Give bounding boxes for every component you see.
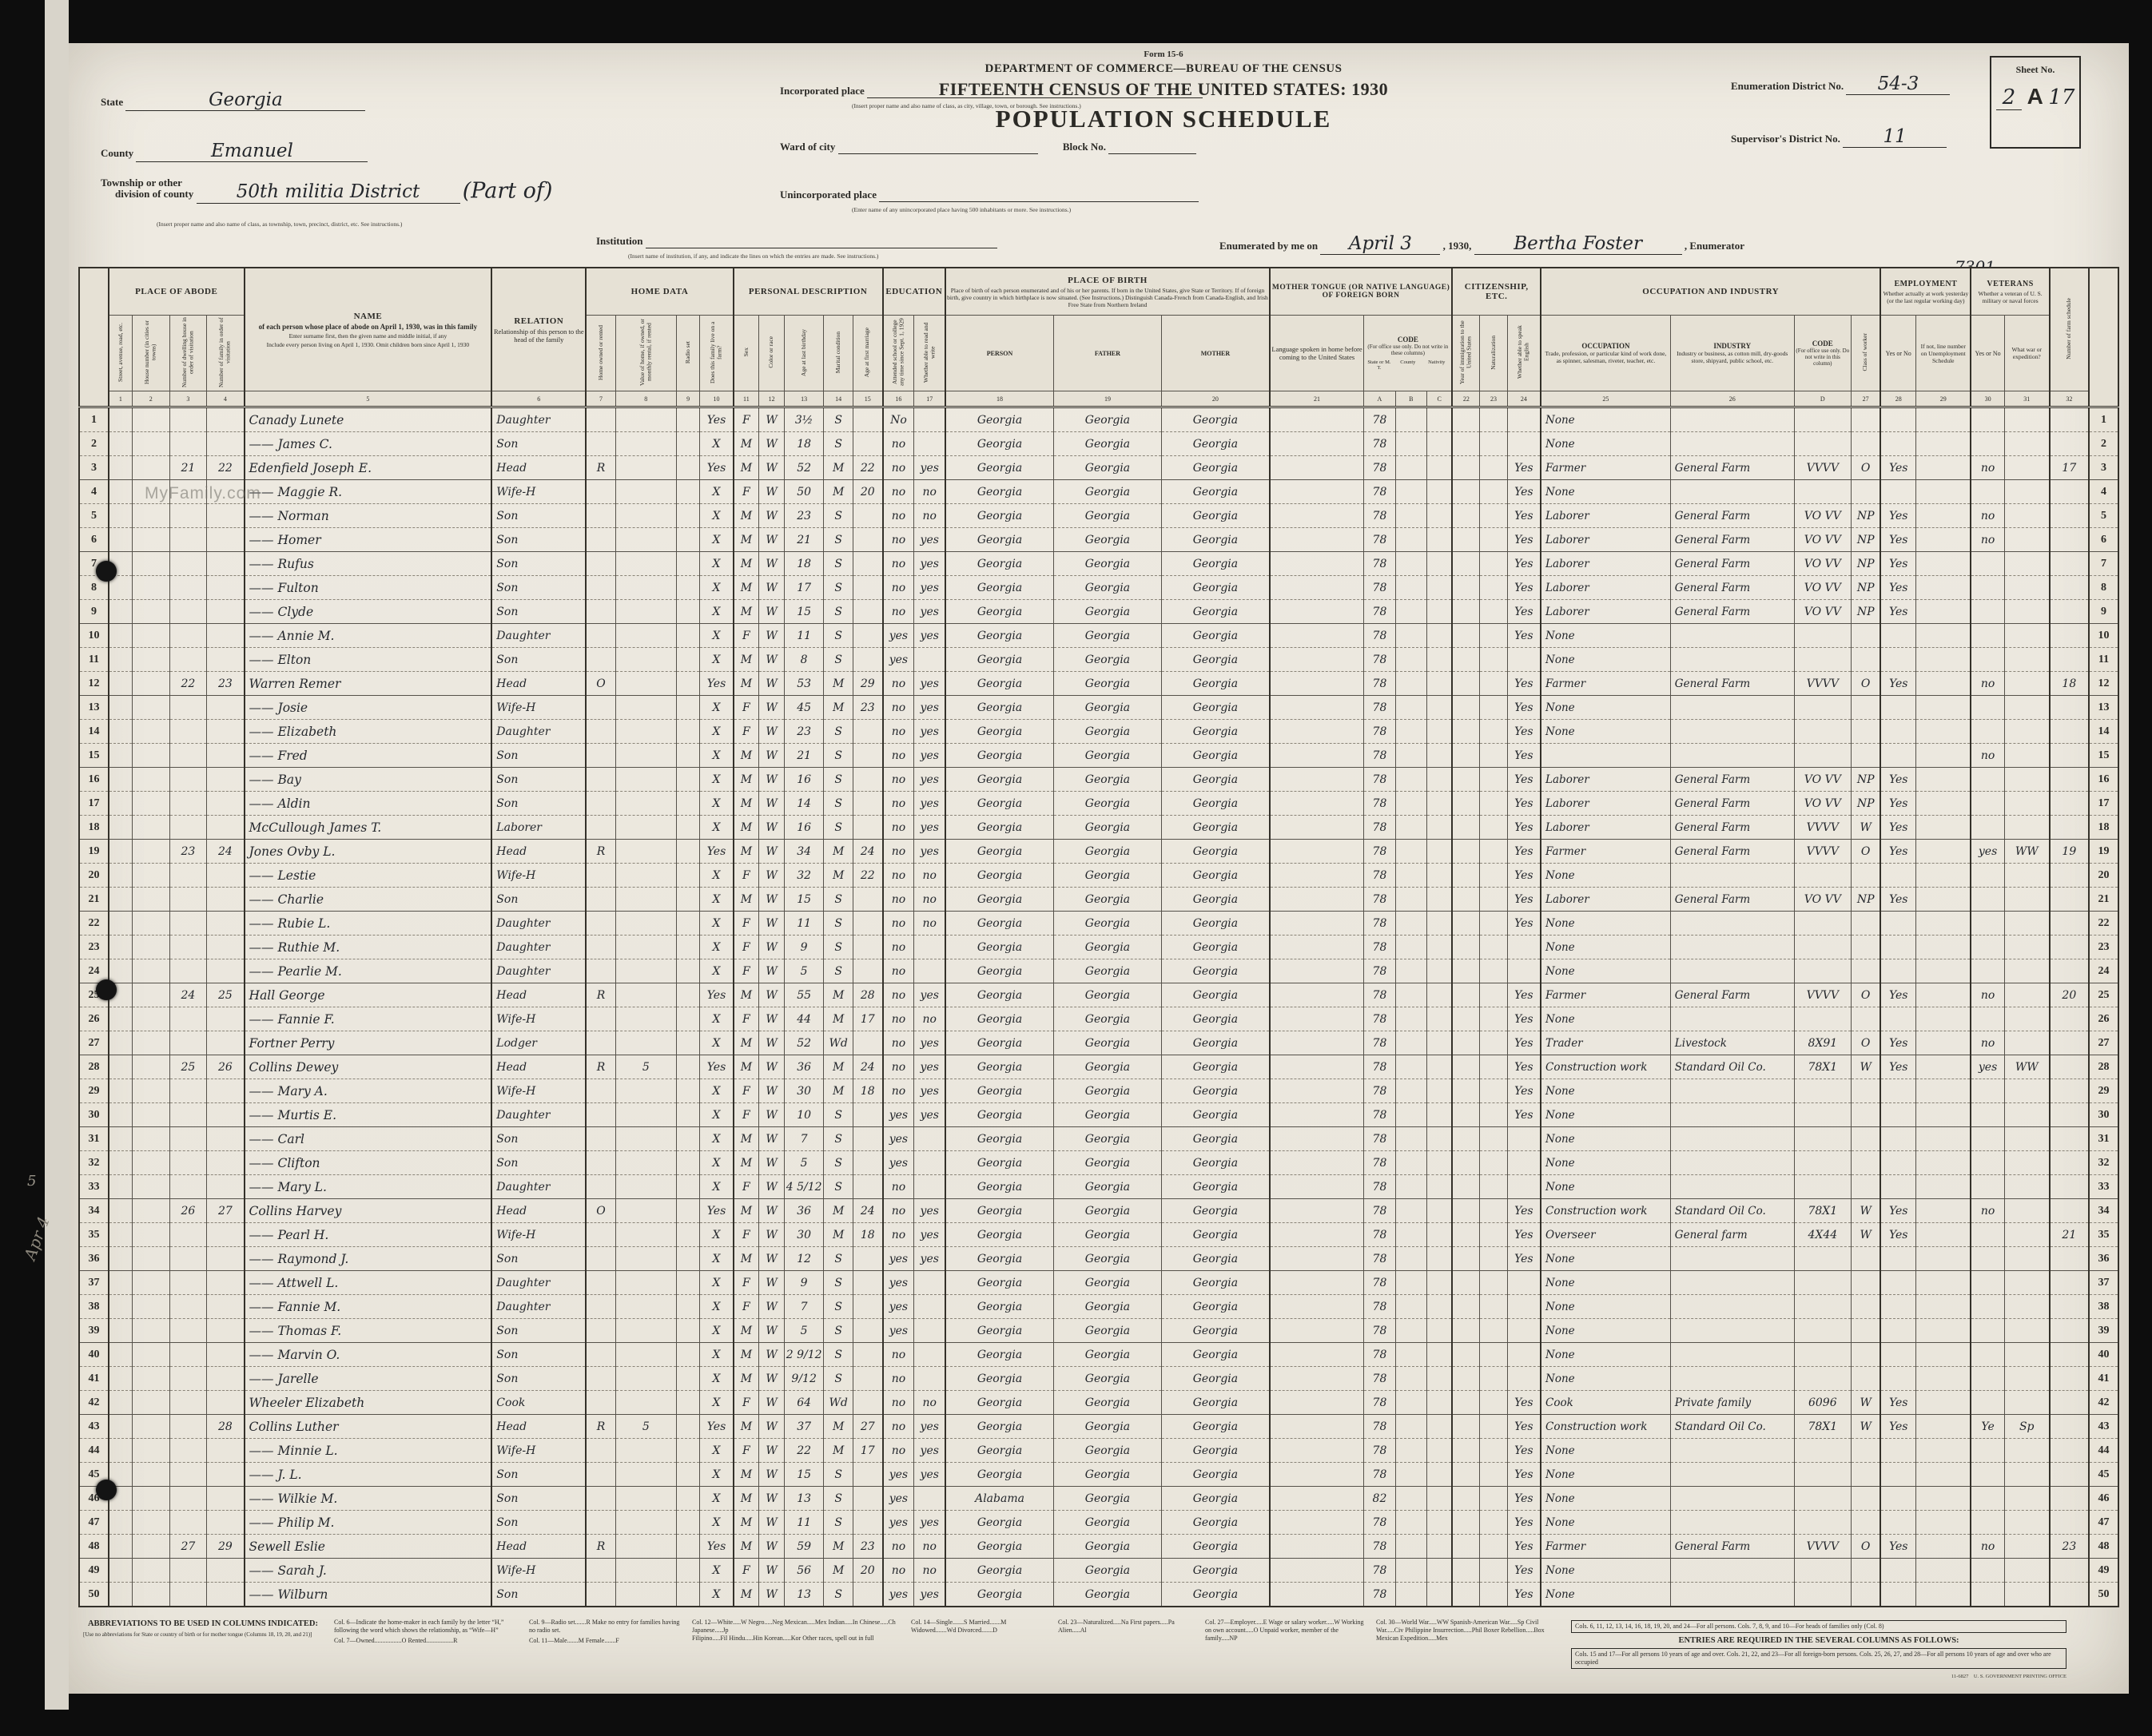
cell-yim <box>1452 1559 1479 1583</box>
cell-name: —— Attwell L. <box>245 1271 492 1295</box>
cell-farm: X <box>700 624 734 648</box>
cell-emp <box>1880 1367 1915 1391</box>
cell-bp: Georgia <box>945 528 1053 552</box>
cell-yim <box>1452 504 1479 528</box>
cell-sex: M <box>734 1535 759 1559</box>
cell-age: 16 <box>785 768 824 792</box>
cell-bf: Georgia <box>1053 1271 1161 1295</box>
cell-race: W <box>759 576 785 600</box>
table-row: 49—— Sarah J.Wife-HXFW56M20nonoGeorgiaGe… <box>79 1559 2118 1583</box>
footer-col23: Col. 23—Naturalized.....Na First papers.… <box>1058 1619 1194 1680</box>
cell-rw: yes <box>914 768 945 792</box>
cell-own: R <box>586 983 615 1007</box>
cell-nat <box>1480 696 1507 720</box>
cell-f <box>207 1511 245 1535</box>
cell-cb <box>1395 407 1426 432</box>
cell-am: 24 <box>853 1055 883 1079</box>
group-citizenship: CITIZENSHIP, ETC. <box>1452 268 1541 316</box>
cell-unemp <box>1916 1199 1971 1223</box>
cell-vet: yes <box>1971 840 2004 864</box>
cell-occ: None <box>1541 1439 1670 1463</box>
line-number: 2 <box>79 432 109 456</box>
cell-sex: F <box>734 1079 759 1103</box>
cell-yim <box>1452 1247 1479 1271</box>
cell-unemp <box>1916 720 1971 744</box>
cell-bp: Georgia <box>945 959 1053 983</box>
cell-eng: Yes <box>1507 600 1541 624</box>
cell-lang <box>1270 840 1364 864</box>
line-number: 15 <box>2089 744 2118 768</box>
cell-cc <box>1426 1535 1452 1559</box>
group-place-of-birth: PLACE OF BIRTH Place of birth of each pe… <box>945 268 1270 316</box>
line-number: 43 <box>79 1415 109 1439</box>
cell-hn <box>132 1295 169 1319</box>
column-number: 5 <box>245 391 492 407</box>
cell-race: W <box>759 1127 785 1151</box>
cell-sch: no <box>883 480 914 504</box>
table-row: 24—— Pearlie M.DaughterXFW5SnoGeorgiaGeo… <box>79 959 2118 983</box>
cell-lang <box>1270 912 1364 936</box>
cell-ca: 78 <box>1364 1319 1395 1343</box>
cell-vet: no <box>1971 983 2004 1007</box>
cell-eng: Yes <box>1507 1559 1541 1583</box>
cell-hn <box>132 912 169 936</box>
cell-am <box>853 1343 883 1367</box>
cell-cd: VVVV <box>1794 983 1851 1007</box>
cell-val <box>615 1247 676 1271</box>
cell-ca: 78 <box>1364 600 1395 624</box>
footer-col9-11: Col. 9—Radio set.......R Make no entry f… <box>529 1619 681 1680</box>
cell-sch: no <box>883 792 914 816</box>
cell-cc <box>1426 1559 1452 1583</box>
cell-war <box>2004 1535 2050 1559</box>
cell-bm: Georgia <box>1162 624 1270 648</box>
col-home-owned: Home owned or rented <box>586 316 615 391</box>
cell-occ: Farmer <box>1541 456 1670 480</box>
cell-vet <box>1971 912 2004 936</box>
cell-f: 23 <box>207 672 245 696</box>
cell-d <box>169 744 207 768</box>
cell-eng <box>1507 1271 1541 1295</box>
cell-bm: Georgia <box>1162 407 1270 432</box>
cell-hn <box>132 696 169 720</box>
cell-war <box>2004 888 2050 912</box>
cell-bp: Georgia <box>945 1127 1053 1151</box>
cell-bf: Georgia <box>1053 672 1161 696</box>
footer-col14: Col. 14—Single.......S Married.......M W… <box>911 1619 1047 1680</box>
cell-farm: X <box>700 864 734 888</box>
cell-race: W <box>759 888 785 912</box>
cell-yim <box>1452 1343 1479 1367</box>
cell-yim <box>1452 1127 1479 1151</box>
line-number: 50 <box>79 1583 109 1607</box>
cell-rw <box>914 648 945 672</box>
cell-age: 17 <box>785 576 824 600</box>
column-number: 10 <box>700 391 734 407</box>
cell-own <box>586 1583 615 1607</box>
cell-fs <box>2050 1295 2089 1319</box>
cell-age: 12 <box>785 1247 824 1271</box>
cell-fs <box>2050 744 2089 768</box>
column-number: 2 <box>132 391 169 407</box>
cell-sex: F <box>734 1439 759 1463</box>
cell-hn <box>132 1247 169 1271</box>
cell-unemp <box>1916 648 1971 672</box>
cell-val <box>615 576 676 600</box>
cell-f <box>207 696 245 720</box>
cell-hn <box>132 1199 169 1223</box>
cell-cd <box>1794 1439 1851 1463</box>
cell-cd <box>1794 959 1851 983</box>
cell-mar: S <box>824 504 853 528</box>
cell-f: 24 <box>207 840 245 864</box>
table-row: 5—— NormanSonXMW23SnonoGeorgiaGeorgiaGeo… <box>79 504 2118 528</box>
cell-emp: Yes <box>1880 1223 1915 1247</box>
footer-col12: Col. 12—White.....W Negro.....Neg Mexica… <box>692 1619 900 1680</box>
cell-war <box>2004 959 2050 983</box>
cell-f <box>207 432 245 456</box>
cell-ind <box>1670 1583 1794 1607</box>
cell-st <box>109 840 133 864</box>
table-row: 27Fortner PerryLodgerXMW52WdnoyesGeorgia… <box>79 1031 2118 1055</box>
cell-fs <box>2050 1463 2089 1487</box>
cell-cd: VO VV <box>1794 888 1851 912</box>
cell-f <box>207 864 245 888</box>
cell-war <box>2004 816 2050 840</box>
cell-f <box>207 888 245 912</box>
line-number: 30 <box>2089 1103 2118 1127</box>
cell-fs <box>2050 959 2089 983</box>
cell-bm: Georgia <box>1162 456 1270 480</box>
cell-cc <box>1426 1583 1452 1607</box>
cell-unemp <box>1916 1271 1971 1295</box>
cell-yim <box>1452 432 1479 456</box>
line-number: 5 <box>2089 504 2118 528</box>
cell-emp: Yes <box>1880 792 1915 816</box>
cell-val <box>615 1031 676 1055</box>
cell-race: W <box>759 936 785 959</box>
table-row: 20—— LestieWife-HXFW32M22nonoGeorgiaGeor… <box>79 864 2118 888</box>
cell-st <box>109 624 133 648</box>
cell-cd <box>1794 1343 1851 1367</box>
column-number: 15 <box>853 391 883 407</box>
cell-cd <box>1794 1463 1851 1487</box>
cell-hn <box>132 1439 169 1463</box>
cell-mar: S <box>824 648 853 672</box>
cell-name: —— Annie M. <box>245 624 492 648</box>
cell-val <box>615 504 676 528</box>
cell-rw: yes <box>914 456 945 480</box>
cell-rw <box>914 936 945 959</box>
cell-bm: Georgia <box>1162 768 1270 792</box>
table-row: 32122Edenfield Joseph E.HeadRYesMW52M22n… <box>79 456 2118 480</box>
cell-cb <box>1395 648 1426 672</box>
line-number: 18 <box>79 816 109 840</box>
cell-war <box>2004 576 2050 600</box>
cell-cw: W <box>1851 1391 1880 1415</box>
cell-cc <box>1426 1463 1452 1487</box>
cell-lang <box>1270 816 1364 840</box>
cell-bp: Georgia <box>945 912 1053 936</box>
cell-war <box>2004 600 2050 624</box>
cell-vet <box>1971 1319 2004 1343</box>
cell-lang <box>1270 648 1364 672</box>
cell-cc <box>1426 1295 1452 1319</box>
cell-bf: Georgia <box>1053 1079 1161 1103</box>
table-row: 45—— J. L.SonXMW15SyesyesGeorgiaGeorgiaG… <box>79 1463 2118 1487</box>
cell-name: —— Homer <box>245 528 492 552</box>
cell-own <box>586 624 615 648</box>
line-number: 6 <box>79 528 109 552</box>
cell-sex: M <box>734 1511 759 1535</box>
cell-am: 22 <box>853 456 883 480</box>
cell-sch: no <box>883 576 914 600</box>
cell-hn <box>132 1559 169 1583</box>
cell-bm: Georgia <box>1162 816 1270 840</box>
cell-val <box>615 1487 676 1511</box>
cell-rw: yes <box>914 792 945 816</box>
cell-st <box>109 1415 133 1439</box>
cell-eng: Yes <box>1507 720 1541 744</box>
cell-f <box>207 1271 245 1295</box>
cell-sch: no <box>883 744 914 768</box>
cell-cc <box>1426 936 1452 959</box>
cell-fs: 19 <box>2050 840 2089 864</box>
cell-cw <box>1851 407 1880 432</box>
cell-age: 10 <box>785 1103 824 1127</box>
cell-sex: F <box>734 936 759 959</box>
cell-unemp <box>1916 1535 1971 1559</box>
cell-bp: Georgia <box>945 1271 1053 1295</box>
cell-sch: no <box>883 959 914 983</box>
cell-occ: Farmer <box>1541 983 1670 1007</box>
cell-am <box>853 576 883 600</box>
cell-f <box>207 1367 245 1391</box>
cell-val <box>615 1295 676 1319</box>
cell-ind: General Farm <box>1670 600 1794 624</box>
table-row: 282526Collins DeweyHeadR5YesMW36M24noyes… <box>79 1055 2118 1079</box>
cell-bm: Georgia <box>1162 1223 1270 1247</box>
line-number: 20 <box>2089 864 2118 888</box>
cell-cb <box>1395 624 1426 648</box>
cell-val <box>615 432 676 456</box>
cell-name: Canady Lunete <box>245 407 492 432</box>
cell-rw <box>914 407 945 432</box>
cell-sex: M <box>734 576 759 600</box>
table-row: 29—— Mary A.Wife-HXFW30M18noyesGeorgiaGe… <box>79 1079 2118 1103</box>
cell-age: 7 <box>785 1127 824 1151</box>
cell-sch: no <box>883 1079 914 1103</box>
cell-val <box>615 1463 676 1487</box>
cell-cb <box>1395 1007 1426 1031</box>
cell-radio <box>676 407 700 432</box>
col-family-number: Number of family in order of visitation <box>207 316 245 391</box>
cell-hn <box>132 672 169 696</box>
cell-st <box>109 1439 133 1463</box>
cell-mar: Wd <box>824 1391 853 1415</box>
cell-own <box>586 1319 615 1343</box>
cell-lang <box>1270 672 1364 696</box>
cell-radio <box>676 1439 700 1463</box>
cell-sex: F <box>734 1223 759 1247</box>
cell-nat <box>1480 648 1507 672</box>
cell-unemp <box>1916 1463 1971 1487</box>
cell-lang <box>1270 1271 1364 1295</box>
cell-nat <box>1480 864 1507 888</box>
cell-unemp <box>1916 1103 1971 1127</box>
cell-war <box>2004 432 2050 456</box>
cell-cw: O <box>1851 1535 1880 1559</box>
cell-cw <box>1851 1583 1880 1607</box>
cell-cw <box>1851 959 1880 983</box>
cell-vet <box>1971 1079 2004 1103</box>
table-row: 10—— Annie M.DaughterXFW11SyesyesGeorgia… <box>79 624 2118 648</box>
cell-race: W <box>759 816 785 840</box>
form-footer: ABBREVIATIONS TO BE USED IN COLUMNS INDI… <box>69 1615 2129 1680</box>
cell-f <box>207 552 245 576</box>
cell-mar: M <box>824 983 853 1007</box>
cell-hn <box>132 792 169 816</box>
table-row: 4—— Maggie R.Wife-HXFW50M20nonoGeorgiaGe… <box>79 480 2118 504</box>
cell-own: R <box>586 1055 615 1079</box>
cell-farm: X <box>700 720 734 744</box>
cell-occ: Laborer <box>1541 600 1670 624</box>
cell-emp <box>1880 1583 1915 1607</box>
cell-bp: Georgia <box>945 1535 1053 1559</box>
cell-f <box>207 1007 245 1031</box>
cell-radio <box>676 576 700 600</box>
cell-am: 29 <box>853 672 883 696</box>
cell-race: W <box>759 983 785 1007</box>
cell-cb <box>1395 1559 1426 1583</box>
cell-mar: S <box>824 407 853 432</box>
cell-st <box>109 432 133 456</box>
cell-mar: S <box>824 600 853 624</box>
line-number: 49 <box>2089 1559 2118 1583</box>
cell-ca: 78 <box>1364 1175 1395 1199</box>
cell-sex: M <box>734 816 759 840</box>
cell-bp: Georgia <box>945 552 1053 576</box>
cell-ca: 78 <box>1364 552 1395 576</box>
cell-hn <box>132 1103 169 1127</box>
cell-sch: no <box>883 720 914 744</box>
cell-eng: Yes <box>1507 504 1541 528</box>
cell-age: 64 <box>785 1391 824 1415</box>
cell-sch: no <box>883 840 914 864</box>
cell-sch: yes <box>883 1295 914 1319</box>
cell-fs <box>2050 1055 2089 1079</box>
cell-ind <box>1670 720 1794 744</box>
cell-am <box>853 1127 883 1151</box>
cell-age: 21 <box>785 744 824 768</box>
cell-bp: Georgia <box>945 1319 1053 1343</box>
cell-sch: no <box>883 600 914 624</box>
cell-race: W <box>759 1223 785 1247</box>
cell-ind <box>1670 1247 1794 1271</box>
cell-bf: Georgia <box>1053 407 1161 432</box>
cell-occ: Trader <box>1541 1031 1670 1055</box>
cell-farm: Yes <box>700 672 734 696</box>
cell-eng <box>1507 1151 1541 1175</box>
cell-am <box>853 1271 883 1295</box>
cell-cb <box>1395 1031 1426 1055</box>
cell-cd <box>1794 1583 1851 1607</box>
line-number: 43 <box>2089 1415 2118 1439</box>
cell-bf: Georgia <box>1053 959 1161 983</box>
cell-nat <box>1480 1511 1507 1535</box>
cell-radio <box>676 432 700 456</box>
cell-st <box>109 720 133 744</box>
cell-cd <box>1794 1079 1851 1103</box>
cell-sex: F <box>734 1271 759 1295</box>
cell-hn <box>132 600 169 624</box>
cell-rw: yes <box>914 1079 945 1103</box>
column-number: A <box>1364 391 1395 407</box>
cell-hn <box>132 1175 169 1199</box>
cell-cc <box>1426 552 1452 576</box>
cell-unemp <box>1916 1583 1971 1607</box>
cell-sex: M <box>734 672 759 696</box>
cell-bf: Georgia <box>1053 864 1161 888</box>
cell-mar: S <box>824 432 853 456</box>
cell-ca: 78 <box>1364 792 1395 816</box>
cell-rel: Head <box>491 1055 586 1079</box>
cell-cw <box>1851 1487 1880 1511</box>
cell-race: W <box>759 792 785 816</box>
cell-radio <box>676 1463 700 1487</box>
cell-sch: no <box>883 1439 914 1463</box>
cell-d <box>169 1223 207 1247</box>
line-number: 28 <box>79 1055 109 1079</box>
col-industry: INDUSTRY Industry or business, as cot­to… <box>1670 316 1794 391</box>
cell-eng: Yes <box>1507 1391 1541 1415</box>
cell-f <box>207 1559 245 1583</box>
cell-own <box>586 480 615 504</box>
cell-occ: None <box>1541 1343 1670 1367</box>
table-row: 47—— Philip M.SonXMW11SyesyesGeorgiaGeor… <box>79 1511 2118 1535</box>
cell-yim <box>1452 1487 1479 1511</box>
cell-name: —— Rubie L. <box>245 912 492 936</box>
cell-ca: 78 <box>1364 1391 1395 1415</box>
footer-col6-7: Col. 6—Indicate the home-maker in each f… <box>334 1619 518 1680</box>
cell-vet <box>1971 1391 2004 1415</box>
cell-ind <box>1670 744 1794 768</box>
cell-race: W <box>759 1055 785 1079</box>
column-number: 28 <box>1880 391 1915 407</box>
cell-st <box>109 1367 133 1391</box>
cell-eng: Yes <box>1507 552 1541 576</box>
cell-mar: S <box>824 1151 853 1175</box>
cell-mar: S <box>824 1295 853 1319</box>
cell-cd: 78X1 <box>1794 1199 1851 1223</box>
cell-rel: Daughter <box>491 720 586 744</box>
cell-emp: Yes <box>1880 816 1915 840</box>
cell-rel: Lodger <box>491 1031 586 1055</box>
cell-emp <box>1880 936 1915 959</box>
cell-hn <box>132 1271 169 1295</box>
cell-yim <box>1452 456 1479 480</box>
cell-own <box>586 648 615 672</box>
cell-d <box>169 552 207 576</box>
cell-cd <box>1794 1007 1851 1031</box>
cell-bm: Georgia <box>1162 744 1270 768</box>
cell-occ: None <box>1541 1271 1670 1295</box>
cell-st <box>109 768 133 792</box>
cell-occ: Laborer <box>1541 792 1670 816</box>
cell-am <box>853 959 883 983</box>
table-row: 2—— James C.SonXMW18SnoGeorgiaGeorgiaGeo… <box>79 432 2118 456</box>
cell-race: W <box>759 648 785 672</box>
